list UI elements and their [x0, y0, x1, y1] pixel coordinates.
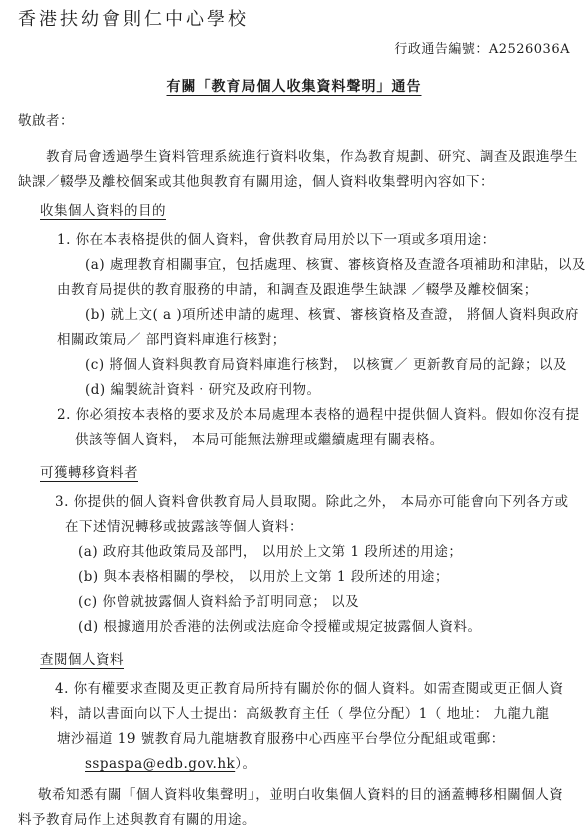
section-heading-text: 收集個人資料的目的 [40, 203, 166, 219]
list-item-3b: (b) 與本表格相關的學校， 以用於上文第 1 段所述的用途； [78, 565, 570, 590]
document-page: 香港扶幼會則仁中心學校 行政通告編號：A2526036A 有關「教育局個人收集資… [0, 0, 587, 825]
list-item-3: 3. 你提供的個人資料會供教育局人員取閱。除此之外， 本局亦可能會向下列各方或 [55, 490, 570, 515]
page-title: 有關「教育局個人收集資料聲明」通告 [18, 77, 570, 97]
list-item-1a: (a) 處理教育相關事宜，包括處理、核實、審核資格及查證各項補助和津貼，以及 [85, 253, 570, 278]
list-item-1: 1. 你在本表格提供的個人資料，會供教育局用於以下一項或多項用途： [57, 228, 570, 253]
list-item-3a: (a) 政府其他政策局及部門， 以用於上文第 1 段所述的用途； [78, 540, 570, 565]
list-item-4-cont2: 塘沙福道 19 號教育局九龍塘教育服務中心西座平台學位分配組或電郵： [57, 727, 570, 752]
section-heading-text: 可獲轉移資料者 [40, 465, 138, 481]
list-item-1b: (b) 就上文( a )項所述申請的處理、核實、審核資格及查證， 將個人資料與政… [85, 303, 570, 328]
list-item-1d: (d) 編製統計資料‧研究及政府刊物。 [85, 378, 570, 403]
section-heading-collection-purpose: 收集個人資料的目的 [40, 199, 166, 224]
email-address: sspaspa@edb.gov.hk [85, 756, 235, 772]
page-title-text: 有關「教育局個人收集資料聲明」通告 [167, 79, 422, 95]
list-item-3c: (c) 你曾就披露個人資料給予訂明同意； 以及 [78, 590, 570, 615]
closing-line-2: 料予教育局作上述與教育有關的用途。 [18, 808, 570, 825]
list-item-2-cont: 供該等個人資料， 本局可能無法辦理或繼續處理有關表格。 [75, 428, 570, 453]
school-name: 香港扶幼會則仁中心學校 [18, 8, 570, 32]
intro-line-1: 教育局會透過學生資料管理系統進行資料收集，作為教育規劃、研究、調查及跟進學生 [18, 145, 570, 170]
list-item-3-cont: 在下述情況轉移或披露該等個人資料： [65, 515, 570, 540]
list-item-4-cont1: 料，請以書面向以下人士提出：高級教育主任（ 學位分配）1（ 地址： 九龍九龍 [50, 702, 570, 727]
list-item-4: 4. 你有權要求查閱及更正教育局所持有關於你的個人資料。如需查閱或更正個人資 [55, 677, 570, 702]
section-heading-access-data: 查閱個人資料 [40, 648, 124, 673]
section-heading-transferees: 可獲轉移資料者 [40, 461, 138, 486]
section-heading-text: 查閱個人資料 [40, 652, 124, 668]
list-item-3d: (d) 根據適用於香港的法例或法庭命令授權或規定披露個人資料。 [78, 615, 570, 640]
list-item-1c: (c) 將個人資料與教育局資料庫進行核對， 以核實／ 更新教育局的記錄；以及 [85, 353, 570, 378]
intro-line-2: 缺課／輟學及離校個案或其他與教育有關用途，個人資料收集聲明內容如下： [18, 170, 570, 195]
list-item-2: 2. 你必須按本表格的要求及於本局處理本表格的過程中提供個人資料。假如你沒有提 [57, 403, 570, 428]
contact-email-line: sspaspa@edb.gov.hk）。 [85, 752, 570, 777]
email-suffix: ）。 [235, 756, 256, 772]
list-item-1b-cont: 相關政策局／ 部門資料庫進行核對； [57, 328, 570, 353]
salutation: 敬啟者： [18, 109, 570, 134]
notice-number: 行政通告編號：A2526036A [18, 41, 570, 59]
closing-line-1: 敬希知悉有關「個人資料收集聲明」，並明白收集個人資料的目的涵蓋轉移相關個人資 [18, 783, 570, 808]
list-item-1a-cont: 由教育局提供的教育服務的申請，和調查及跟進學生缺課 ／輟學及離校個案； [57, 278, 570, 303]
